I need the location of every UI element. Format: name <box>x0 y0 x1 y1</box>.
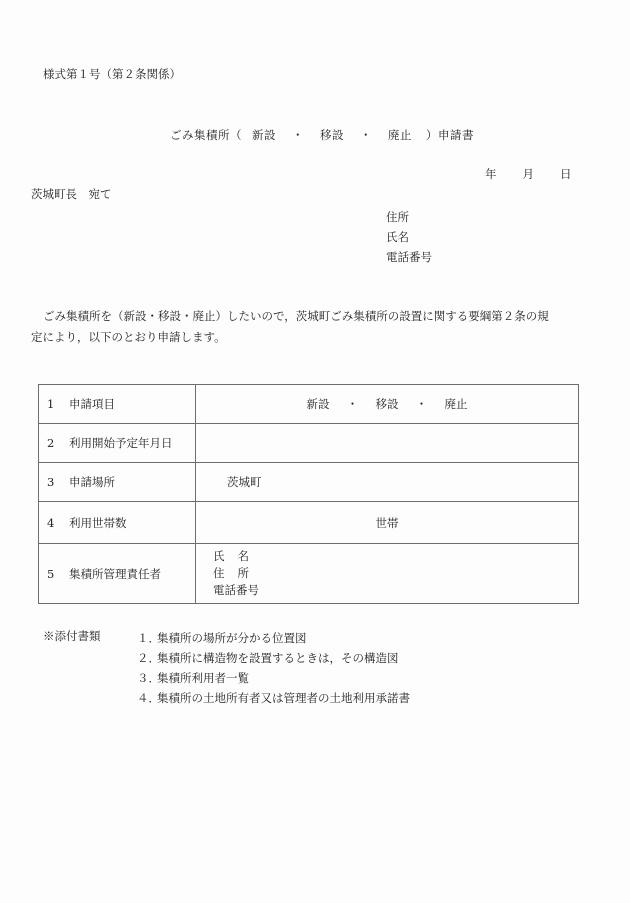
row-label: 3申請場所 <box>39 463 196 502</box>
attachments-heading: ※添付書類 <box>43 628 101 644</box>
option-separator: ・ <box>330 396 376 412</box>
attachment-item: １．集積所の場所が分かる位置図 <box>137 628 410 648</box>
attachments-list: １．集積所の場所が分かる位置図 ２．集積所に構造物を設置するときは，その構造図 … <box>137 628 410 708</box>
row-label-text: 利用開始予定年月日 <box>69 436 173 450</box>
document-title: ごみ集積所（新設・移設・廃止）申請書 <box>170 127 474 143</box>
row-label: 2利用開始予定年月日 <box>39 424 196 463</box>
statement-line-2: 定により，以下のとおり申請します。 <box>31 327 608 348</box>
row-label: 4利用世帯数 <box>39 502 196 544</box>
table-row-location: 3申請場所 茨城町 <box>39 463 579 502</box>
row-label: 1申請項目 <box>39 385 196 424</box>
row-label-text: 利用世帯数 <box>69 516 127 530</box>
title-separator: ・ <box>360 128 372 142</box>
location-field[interactable]: 茨城町 <box>196 463 579 502</box>
attachment-item: ２．集積所に構造物を設置するときは，その構造図 <box>137 648 410 668</box>
attachment-item: ４．集積所の土地所有者又は管理者の土地利用承諾書 <box>137 688 410 708</box>
table-row-start-date: 2利用開始予定年月日 <box>39 424 579 463</box>
row-number: 3 <box>47 475 69 489</box>
attachment-item: ３．集積所利用者一覧 <box>137 668 410 688</box>
date-line: 年月日 <box>485 166 572 182</box>
application-table: 1申請項目 新設・移設・廃止 2利用開始予定年月日 3申請場所 茨城町 4利用世… <box>38 384 579 604</box>
row-label-text: 申請場所 <box>69 475 115 489</box>
application-statement: ごみ集積所を（新設・移設・廃止）したいので，茨城町ごみ集積所の設置に関する要綱第… <box>43 306 608 348</box>
row-label-text: 申請項目 <box>69 397 115 411</box>
manager-field[interactable]: 氏名 住所 電話番号 <box>196 544 579 604</box>
date-month: 月 <box>523 166 535 182</box>
statement-line-1: ごみ集積所を（新設・移設・廃止）したいので，茨城町ごみ集積所の設置に関する要綱第… <box>43 309 549 323</box>
applicant-address-label: 住所 <box>386 207 432 227</box>
form-number: 様式第１号（第２条関係） <box>43 66 181 82</box>
manager-name-label: 氏名 <box>213 548 578 565</box>
title-option-move: 移設 <box>320 128 344 142</box>
addressee: 茨城町長 宛て <box>31 186 112 202</box>
row-number: 4 <box>47 516 69 530</box>
manager-phone-label: 電話番号 <box>213 582 578 599</box>
row-label-text: 集積所管理責任者 <box>69 567 161 581</box>
title-option-abolish: 廃止 <box>388 128 412 142</box>
start-date-field[interactable] <box>196 424 579 463</box>
table-row-manager: 5集積所管理責任者 氏名 住所 電話番号 <box>39 544 579 604</box>
date-day: 日 <box>560 166 572 182</box>
manager-address-label: 住所 <box>213 565 578 582</box>
row-number: 5 <box>47 567 69 581</box>
application-type-field[interactable]: 新設・移設・廃止 <box>196 385 579 424</box>
title-option-new: 新設 <box>252 128 276 142</box>
applicant-name-label: 氏名 <box>386 227 432 247</box>
option-new[interactable]: 新設 <box>307 397 330 411</box>
applicant-phone-label: 電話番号 <box>386 247 432 267</box>
option-abolish[interactable]: 廃止 <box>445 397 468 411</box>
title-separator: ・ <box>292 128 304 142</box>
row-number: 2 <box>47 436 69 450</box>
applicant-block: 住所 氏名 電話番号 <box>386 207 432 267</box>
date-year: 年 <box>485 166 497 182</box>
households-field[interactable]: 世帯 <box>196 502 579 544</box>
row-number: 1 <box>47 397 69 411</box>
table-row-households: 4利用世帯数 世帯 <box>39 502 579 544</box>
title-prefix: ごみ集積所（ <box>170 128 242 142</box>
option-separator: ・ <box>399 396 445 412</box>
option-move[interactable]: 移設 <box>376 397 399 411</box>
row-label: 5集積所管理責任者 <box>39 544 196 604</box>
table-row-application-type: 1申請項目 新設・移設・廃止 <box>39 385 579 424</box>
title-suffix: ）申請書 <box>426 128 474 142</box>
